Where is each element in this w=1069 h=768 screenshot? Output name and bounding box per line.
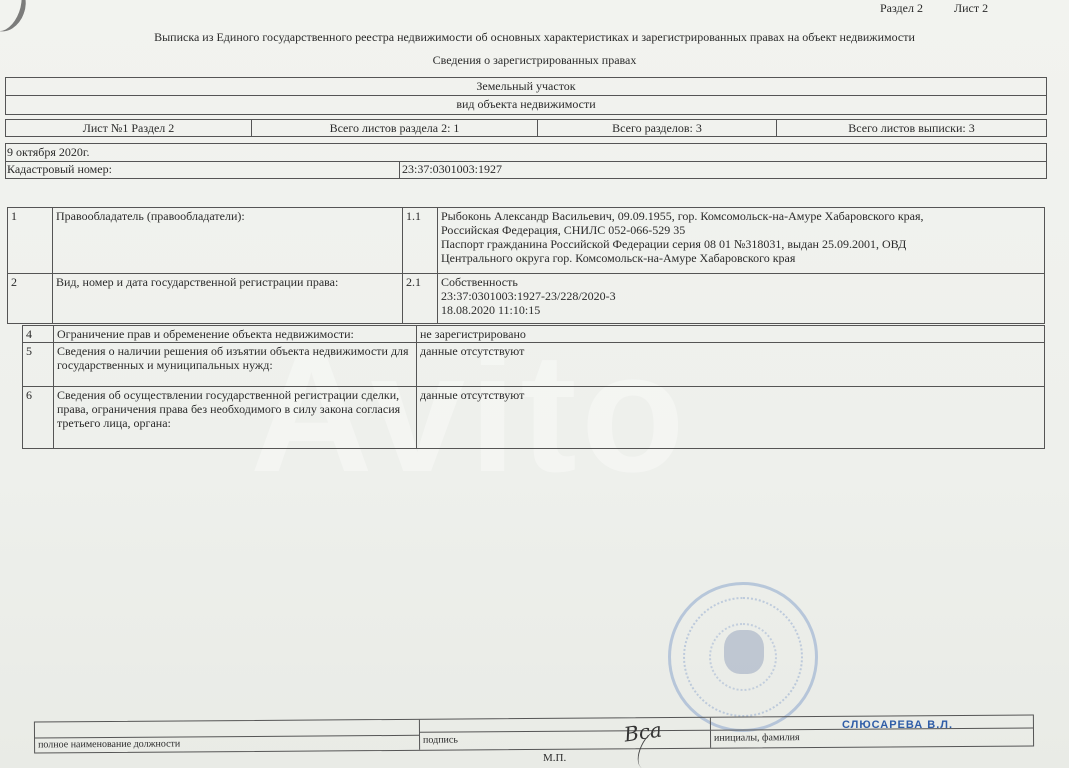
row-subnumber: 2.1 bbox=[403, 274, 438, 324]
right-type: Собственность bbox=[441, 275, 1041, 289]
row-label: Вид, номер и дата государственной регист… bbox=[53, 274, 403, 324]
table-row: 2 Вид, номер и дата государственной реги… bbox=[8, 274, 1045, 324]
object-type: Земельный участок bbox=[6, 78, 1046, 96]
section-label: Раздел 2 bbox=[880, 1, 923, 15]
right-holder-line: Паспорт гражданина Российской Федерации … bbox=[441, 237, 1041, 251]
row-subnumber: 1.1 bbox=[403, 208, 438, 274]
registration-cell: Собственность 23:37:0301003:1927-23/228/… bbox=[438, 274, 1045, 324]
table-row: 4 Ограничение прав и обременение объекта… bbox=[23, 326, 1045, 343]
signature-cell: подпись bbox=[420, 718, 711, 750]
total-sheets: Всего листов выписки: 3 bbox=[777, 120, 1046, 136]
right-holder-cell: Рыбоконь Александр Васильевич, 09.09.195… bbox=[438, 208, 1045, 274]
document-date: 9 октября 2020г. bbox=[6, 144, 1046, 162]
row-label: Правообладатель (правообладатели): bbox=[53, 208, 403, 274]
right-holder-line: Российская Федерация, СНИЛС 052-066-529 … bbox=[441, 223, 1041, 237]
position-cell: полное наименование должности bbox=[35, 720, 420, 753]
cadastral-value: 23:37:0301003:1927 bbox=[400, 162, 1046, 179]
row-number: 1 bbox=[8, 208, 53, 274]
right-holder-line: Центрального округа гор. Комсомольск-на-… bbox=[441, 251, 1041, 265]
row-number: 4 bbox=[23, 326, 54, 343]
row-number: 5 bbox=[23, 343, 54, 387]
row-number: 6 bbox=[23, 387, 54, 449]
registration-date: 18.08.2020 11:10:15 bbox=[441, 303, 1041, 317]
total-sections: Всего разделов: 3 bbox=[538, 120, 777, 136]
table-row: 1 Правообладатель (правообладатели): 1.1… bbox=[8, 208, 1045, 274]
object-type-caption: вид объекта недвижимости bbox=[6, 96, 1046, 114]
cadastral-label: Кадастровый номер: bbox=[6, 162, 400, 179]
row-value: данные отсутствуют bbox=[417, 387, 1045, 449]
row-label: Сведения о наличии решения об изъятии об… bbox=[54, 343, 417, 387]
initials-caption: инициалы, фамилия bbox=[711, 729, 1033, 747]
table-row: 6 Сведения об осуществлении государствен… bbox=[23, 387, 1045, 449]
total-sheets-section: Всего листов раздела 2: 1 bbox=[252, 120, 538, 136]
restrictions-table: 4 Ограничение прав и обременение объекта… bbox=[22, 325, 1045, 449]
table-row: 5 Сведения о наличии решения об изъятии … bbox=[23, 343, 1045, 387]
page-header-right: Раздел 2 Лист 2 bbox=[880, 1, 1016, 16]
row-number: 2 bbox=[8, 274, 53, 324]
right-holder-line: Рыбоконь Александр Васильевич, 09.09.195… bbox=[441, 209, 1041, 223]
document-page: Avito Раздел 2 Лист 2 Выписка из Единого… bbox=[0, 0, 1069, 768]
coat-of-arms-icon bbox=[724, 630, 764, 674]
document-subtitle: Сведения о зарегистрированных правах bbox=[0, 53, 1069, 68]
sheet-label: Лист 2 bbox=[954, 1, 988, 15]
row-label: Ограничение прав и обременение объекта н… bbox=[54, 326, 417, 343]
signature-caption: подпись bbox=[420, 731, 710, 749]
registrar-name-stamp: СЛЮСАРЕВА В.Л. bbox=[842, 719, 953, 731]
document-title: Выписка из Единого государственного реес… bbox=[0, 30, 1069, 45]
row-value: не зарегистрировано bbox=[417, 326, 1045, 343]
cadastral-row: Кадастровый номер: 23:37:0301003:1927 bbox=[6, 162, 1046, 179]
registration-number: 23:37:0301003:1927-23/228/2020-3 bbox=[441, 289, 1041, 303]
row-label: Сведения об осуществлении государственно… bbox=[54, 387, 417, 449]
row-value: данные отсутствуют bbox=[417, 343, 1045, 387]
seal-place-mark: М.П. bbox=[543, 752, 566, 764]
sheet-number: Лист №1 Раздел 2 bbox=[6, 120, 252, 136]
object-type-box: Земельный участок вид объекта недвижимос… bbox=[5, 77, 1047, 115]
date-cadastral-box: 9 октября 2020г. Кадастровый номер: 23:3… bbox=[5, 143, 1047, 179]
rights-table: 1 Правообладатель (правообладатели): 1.1… bbox=[7, 207, 1045, 324]
sheet-info-box: Лист №1 Раздел 2 Всего листов раздела 2:… bbox=[5, 119, 1047, 137]
position-caption: полное наименование должности bbox=[35, 736, 419, 753]
